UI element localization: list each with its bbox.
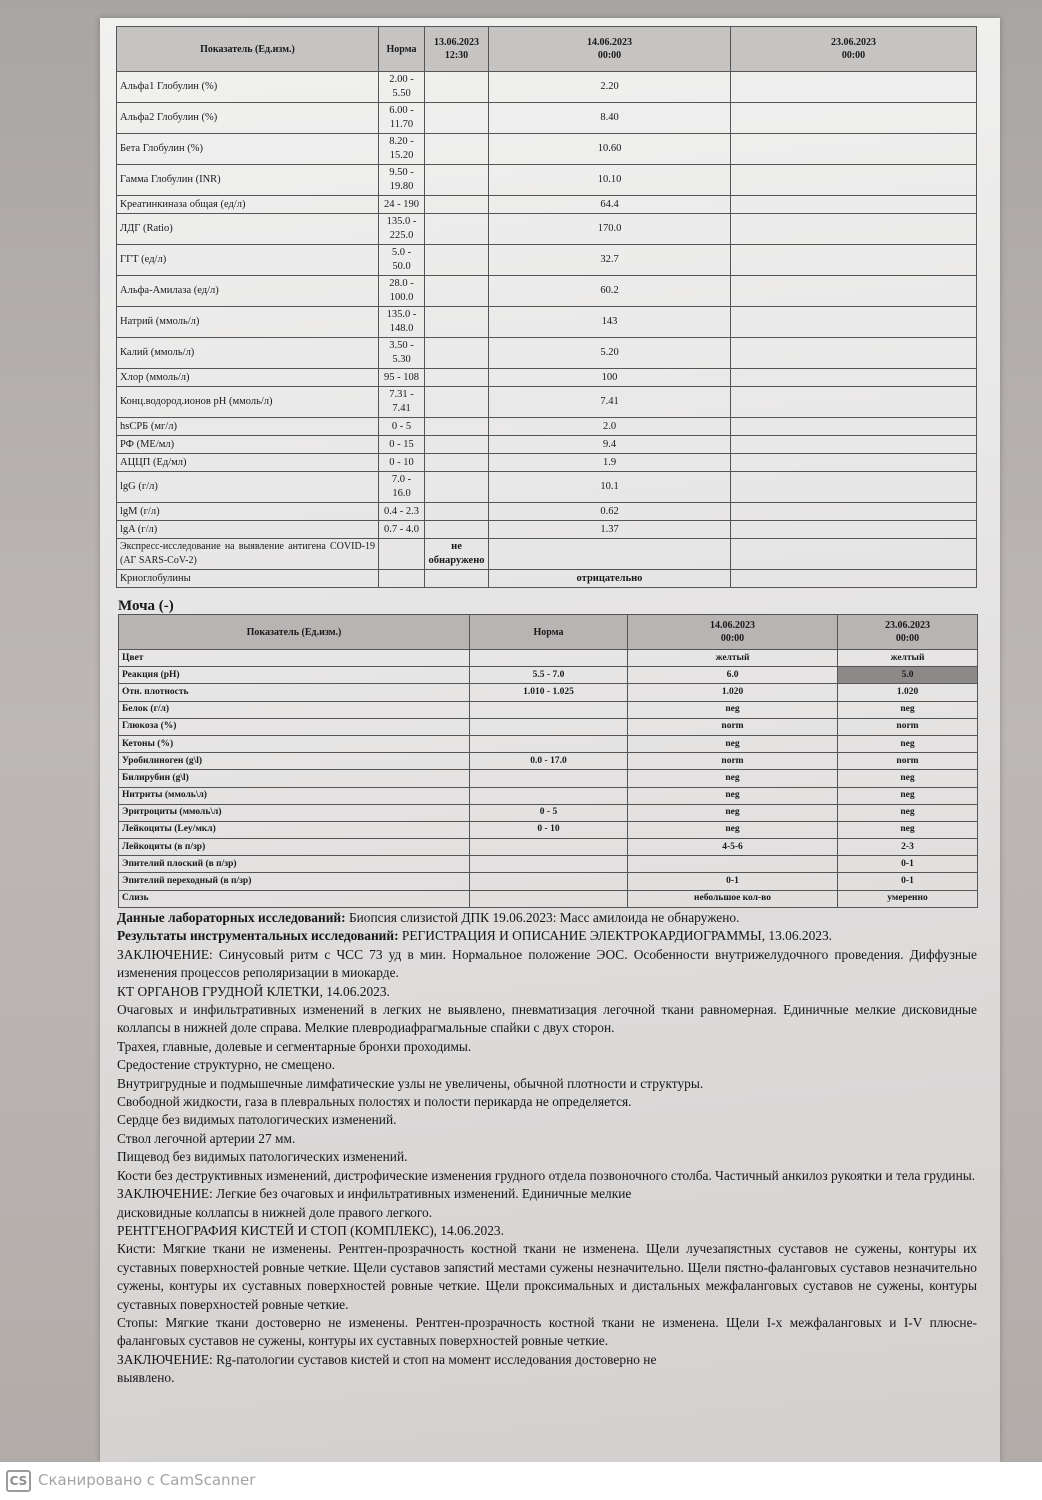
cell-param: lgG (г/л) — [117, 472, 379, 503]
scanner-watermark: CS Сканировано с CamScanner — [0, 1462, 1042, 1500]
cell-norm: 95 - 108 — [379, 369, 425, 387]
table-row: Отн. плотность1.010 - 1.0251.0201.020 — [119, 684, 978, 701]
cell-v2: 6.0 — [628, 667, 838, 684]
lab-findings-text: Биопсия слизистой ДПК 19.06.2023: Масс а… — [346, 910, 740, 925]
ct-finding-line: Сердце без видимых патологических измене… — [117, 1111, 977, 1129]
cell-v1 — [425, 196, 489, 214]
cell-v3: norm — [838, 718, 978, 735]
cell-param: Бета Глобулин (%) — [117, 134, 379, 165]
cell-param: Эритроциты (ммоль\л) — [119, 804, 470, 821]
cell-v2: norm — [628, 753, 838, 770]
table-row: Натрий (ммоль/л)135.0 - 148.0143 — [117, 307, 977, 338]
cell-norm — [470, 839, 628, 856]
ct-finding-line: Очаговых и инфильтративных изменений в л… — [117, 1001, 977, 1038]
table-row: Альфа2 Глобулин (%)6.00 - 11.708.40 — [117, 103, 977, 134]
ct-finding-line: Трахея, главные, долевые и сегментарные … — [117, 1038, 977, 1056]
cell-norm: 0.7 - 4.0 — [379, 521, 425, 539]
cell-v2: 0-1 — [628, 873, 838, 890]
ct-finding-line: Ствол легочной артерии 27 мм. — [117, 1130, 977, 1148]
table-row: Лейкоциты (Ley/мкл)0 - 10negneg — [119, 821, 978, 838]
cell-norm: 0 - 15 — [379, 436, 425, 454]
cell-v3: 5.0 — [838, 667, 978, 684]
cell-v2 — [489, 539, 731, 570]
cell-v3 — [731, 245, 977, 276]
cell-norm — [470, 770, 628, 787]
cell-param: РФ (МЕ/мл) — [117, 436, 379, 454]
instrumental-findings-text: РЕГИСТРАЦИЯ И ОПИСАНИЕ ЭЛЕКТРОКАРДИОГРАМ… — [399, 928, 832, 943]
table-row: Лейкоциты (в п/зр)4-5-62-3 — [119, 839, 978, 856]
cell-v3 — [731, 521, 977, 539]
table-row: Бета Глобулин (%)8.20 - 15.2010.60 — [117, 134, 977, 165]
cell-v1 — [425, 134, 489, 165]
date3-label: 23.06.2023 — [885, 620, 930, 631]
urine-results-table: Показатель (Ед.изм.) Норма 14.06.202300:… — [118, 614, 978, 908]
cell-v1 — [425, 369, 489, 387]
table-row: Глюкоза (%)normnorm — [119, 718, 978, 735]
cell-v3: умеренно — [838, 890, 978, 907]
cell-v3 — [731, 503, 977, 521]
cell-v2: 60.2 — [489, 276, 731, 307]
ct-findings: Очаговых и инфильтративных изменений в л… — [117, 1001, 977, 1185]
cell-param: lgA (г/л) — [117, 521, 379, 539]
table-row: Конц.водород.ионов pH (ммоль/л)7.31 - 7.… — [117, 387, 977, 418]
cell-param: Криоглобулины — [117, 570, 379, 588]
table-row: Эпителий плоский (в п/зр)0-1 — [119, 856, 978, 873]
cell-norm: 9.50 - 19.80 — [379, 165, 425, 196]
cell-v3: 0-1 — [838, 873, 978, 890]
column-header-norm: Норма — [379, 27, 425, 72]
table-row: Цветжелтыйжелтый — [119, 650, 978, 667]
cell-norm: 7.31 - 7.41 — [379, 387, 425, 418]
cell-v2: norm — [628, 718, 838, 735]
table-row: lgA (г/л)0.7 - 4.01.37 — [117, 521, 977, 539]
cell-v2: 2.20 — [489, 72, 731, 103]
table-row: АЦЦП (Ед/мл)0 - 101.9 — [117, 454, 977, 472]
cell-v1 — [425, 472, 489, 503]
cell-param: Белок (г/л) — [119, 701, 470, 718]
cell-param: Экспресс-исследование на выявление антиг… — [117, 539, 379, 570]
cell-v3: neg — [838, 735, 978, 752]
cell-param: Реакция (pH) — [119, 667, 470, 684]
xray-conclusion-line2: выявлено. — [117, 1369, 977, 1387]
column-header-param: Показатель (Ед.изм.) — [119, 615, 470, 650]
cell-param: АЦЦП (Ед/мл) — [117, 454, 379, 472]
cell-v3: neg — [838, 701, 978, 718]
cell-v2: 1.37 — [489, 521, 731, 539]
cell-v2: 0.62 — [489, 503, 731, 521]
cell-param: Хлор (ммоль/л) — [117, 369, 379, 387]
cell-param: Калий (ммоль/л) — [117, 338, 379, 369]
time1-label: 12:30 — [445, 50, 468, 61]
cell-v1 — [425, 214, 489, 245]
column-header-date1: 13.06.202312:30 — [425, 27, 489, 72]
cell-norm — [470, 735, 628, 752]
cell-v3 — [731, 338, 977, 369]
cell-param: Лейкоциты (в п/зр) — [119, 839, 470, 856]
date3-label: 23.06.2023 — [831, 37, 876, 48]
cell-param: Глюкоза (%) — [119, 718, 470, 735]
cell-param: Кетоны (%) — [119, 735, 470, 752]
cell-v3: neg — [838, 821, 978, 838]
cell-v1 — [425, 307, 489, 338]
cell-norm: 2.00 - 5.50 — [379, 72, 425, 103]
cell-v3 — [731, 103, 977, 134]
cell-v2: neg — [628, 701, 838, 718]
cell-param: ЛДГ (Ratio) — [117, 214, 379, 245]
table-row: Альфа-Амилаза (ед/л)28.0 - 100.060.2 — [117, 276, 977, 307]
cell-v3 — [731, 472, 977, 503]
cell-v1 — [425, 103, 489, 134]
cell-v2: neg — [628, 821, 838, 838]
cell-param: Лейкоциты (Ley/мкл) — [119, 821, 470, 838]
ct-finding-line: Кости без деструктивных изменений, дистр… — [117, 1167, 977, 1185]
cell-norm — [470, 873, 628, 890]
cell-v1: не обнаружено — [425, 539, 489, 570]
cell-v1 — [425, 338, 489, 369]
cell-v2: 7.41 — [489, 387, 731, 418]
instrumental-findings: Результаты инструментальных исследований… — [117, 927, 977, 945]
cell-v3 — [731, 369, 977, 387]
cell-v2: 1.020 — [628, 684, 838, 701]
cell-norm: 135.0 - 148.0 — [379, 307, 425, 338]
cell-v2: neg — [628, 804, 838, 821]
xray-hands: Кисти: Мягкие ткани не изменены. Рентген… — [117, 1240, 977, 1314]
cell-v1 — [425, 165, 489, 196]
urine-section-title: Моча (-) — [118, 598, 174, 615]
camscanner-logo-icon: CS — [6, 1470, 31, 1492]
cell-norm: 0 - 10 — [379, 454, 425, 472]
cell-norm: 0 - 10 — [470, 821, 628, 838]
instrumental-findings-label: Результаты инструментальных исследований… — [117, 928, 399, 943]
findings-text: Данные лабораторных исследований: Биопси… — [117, 909, 977, 1388]
cell-norm: 5.0 - 50.0 — [379, 245, 425, 276]
time2-label: 00:00 — [598, 50, 621, 61]
cell-norm — [379, 539, 425, 570]
cell-v3 — [731, 539, 977, 570]
cell-v2: neg — [628, 735, 838, 752]
cell-v3 — [731, 196, 977, 214]
cell-v3 — [731, 387, 977, 418]
ct-finding-line: Средостение структурно, не смещено. — [117, 1056, 977, 1074]
cell-v3 — [731, 418, 977, 436]
cell-param: Альфа2 Глобулин (%) — [117, 103, 379, 134]
table-row: Кетоны (%)negneg — [119, 735, 978, 752]
cell-norm — [470, 718, 628, 735]
cell-v3 — [731, 276, 977, 307]
cell-v3: желтый — [838, 650, 978, 667]
column-header-date2: 14.06.202300:00 — [489, 27, 731, 72]
table-header-row: Показатель (Ед.изм.) Норма 13.06.202312:… — [117, 27, 977, 72]
xray-title: РЕНТГЕНОГРАФИЯ КИСТЕЙ И СТОП (КОМПЛЕКС),… — [117, 1222, 977, 1240]
time2-label: 00:00 — [721, 633, 744, 644]
table-row: lgG (г/л)7.0 - 16.010.1 — [117, 472, 977, 503]
xray-feet: Стопы: Мягкие ткани достоверно не измене… — [117, 1314, 977, 1351]
cell-param: hsCРБ (мг/л) — [117, 418, 379, 436]
cell-v1 — [425, 436, 489, 454]
cell-v2: 10.10 — [489, 165, 731, 196]
column-header-param: Показатель (Ед.изм.) — [117, 27, 379, 72]
cell-v3: norm — [838, 753, 978, 770]
time3-label: 00:00 — [896, 633, 919, 644]
cell-param: Эпителий плоский (в п/зр) — [119, 856, 470, 873]
cell-v3: 1.020 — [838, 684, 978, 701]
cell-norm: 7.0 - 16.0 — [379, 472, 425, 503]
cell-norm — [470, 787, 628, 804]
ct-finding-line: Пищевод без видимых патологических измен… — [117, 1148, 977, 1166]
table-row: ЛДГ (Ratio)135.0 - 225.0170.0 — [117, 214, 977, 245]
cell-v1 — [425, 521, 489, 539]
column-header-norm: Норма — [470, 615, 628, 650]
cell-v1 — [425, 454, 489, 472]
cell-v3: 0-1 — [838, 856, 978, 873]
ecg-conclusion: ЗАКЛЮЧЕНИЕ: Синусовый ритм с ЧСС 73 уд в… — [117, 946, 977, 983]
cell-v1 — [425, 418, 489, 436]
cell-param: Альфа1 Глобулин (%) — [117, 72, 379, 103]
table-row: Альфа1 Глобулин (%)2.00 - 5.502.20 — [117, 72, 977, 103]
xray-conclusion-line1: ЗАКЛЮЧЕНИЕ: Rg-патологии суставов кистей… — [117, 1351, 977, 1369]
table-row: hsCРБ (мг/л)0 - 52.0 — [117, 418, 977, 436]
cell-norm: 6.00 - 11.70 — [379, 103, 425, 134]
table-row: Хлор (ммоль/л)95 - 108100 — [117, 369, 977, 387]
table-header-row: Показатель (Ед.изм.) Норма 14.06.202300:… — [119, 615, 978, 650]
cell-v3 — [731, 436, 977, 454]
table-row: РФ (МЕ/мл)0 - 159.4 — [117, 436, 977, 454]
cell-v1 — [425, 387, 489, 418]
table-row: Белок (г/л)negneg — [119, 701, 978, 718]
lab-findings: Данные лабораторных исследований: Биопси… — [117, 909, 977, 927]
cell-v1 — [425, 276, 489, 307]
table-row: Эритроциты (ммоль\л)0 - 5negneg — [119, 804, 978, 821]
cell-norm: 135.0 - 225.0 — [379, 214, 425, 245]
cell-v3 — [731, 454, 977, 472]
cell-v2: 143 — [489, 307, 731, 338]
cell-param: Слизь — [119, 890, 470, 907]
ct-conclusion-line1: ЗАКЛЮЧЕНИЕ: Легкие без очаговых и инфиль… — [117, 1185, 977, 1203]
cell-v2: 10.1 — [489, 472, 731, 503]
cell-v2: 32.7 — [489, 245, 731, 276]
cell-param: lgM (г/л) — [117, 503, 379, 521]
table-row: Гамма Глобулин (INR)9.50 - 19.8010.10 — [117, 165, 977, 196]
cell-v1 — [425, 72, 489, 103]
cell-param: Альфа-Амилаза (ед/л) — [117, 276, 379, 307]
watermark-text: Сканировано с CamScanner — [38, 1471, 255, 1489]
cell-norm — [470, 701, 628, 718]
cell-v2: 170.0 — [489, 214, 731, 245]
table-row: Креатинкиназа общая (ед/л)24 - 19064.4 — [117, 196, 977, 214]
cell-v1 — [425, 570, 489, 588]
cell-v3 — [731, 165, 977, 196]
table-row: Слизьнебольшое кол-воумеренно — [119, 890, 978, 907]
cell-norm: 0 - 5 — [379, 418, 425, 436]
cell-param: Натрий (ммоль/л) — [117, 307, 379, 338]
cell-norm: 0.4 - 2.3 — [379, 503, 425, 521]
table-row: Билирубин (g\l)negneg — [119, 770, 978, 787]
cell-norm: 0.0 - 17.0 — [470, 753, 628, 770]
cell-v2: neg — [628, 770, 838, 787]
lab-findings-label: Данные лабораторных исследований: — [117, 910, 346, 925]
column-header-date3: 23.06.202300:00 — [731, 27, 977, 72]
table-row: Уробилиноген (g\l)0.0 - 17.0normnorm — [119, 753, 978, 770]
cell-norm — [379, 570, 425, 588]
table-row: Реакция (pH)5.5 - 7.06.05.0 — [119, 667, 978, 684]
cell-param: Билирубин (g\l) — [119, 770, 470, 787]
date2-label: 14.06.2023 — [587, 37, 632, 48]
cell-v2: 10.60 — [489, 134, 731, 165]
cell-v2 — [628, 856, 838, 873]
cell-norm: 1.010 - 1.025 — [470, 684, 628, 701]
cell-norm — [470, 650, 628, 667]
cell-v2: 64.4 — [489, 196, 731, 214]
cell-v2: 5.20 — [489, 338, 731, 369]
date2-label: 14.06.2023 — [710, 620, 755, 631]
table-row: lgM (г/л)0.4 - 2.30.62 — [117, 503, 977, 521]
column-header-date3: 23.06.202300:00 — [838, 615, 978, 650]
cell-norm: 8.20 - 15.20 — [379, 134, 425, 165]
cell-param: ГГТ (ед/л) — [117, 245, 379, 276]
cell-param: Креатинкиназа общая (ед/л) — [117, 196, 379, 214]
cell-v3 — [731, 134, 977, 165]
ct-title: КТ ОРГАНОВ ГРУДНОЙ КЛЕТКИ, 14.06.2023. — [117, 983, 977, 1001]
cell-v3: neg — [838, 787, 978, 804]
table-row: ГГТ (ед/л)5.0 - 50.032.7 — [117, 245, 977, 276]
table-row: Нитриты (ммоль\л)negneg — [119, 787, 978, 804]
cell-v2: 1.9 — [489, 454, 731, 472]
table-row: Экспресс-исследование на выявление антиг… — [117, 539, 977, 570]
cell-norm — [470, 890, 628, 907]
cell-norm: 0 - 5 — [470, 804, 628, 821]
cell-v2: 8.40 — [489, 103, 731, 134]
cell-param: Гамма Глобулин (INR) — [117, 165, 379, 196]
cell-v3 — [731, 72, 977, 103]
table-row: Эпителий переходный (в п/зр)0-10-1 — [119, 873, 978, 890]
cell-param: Эпителий переходный (в п/зр) — [119, 873, 470, 890]
cell-v3: 2-3 — [838, 839, 978, 856]
cell-v3 — [731, 214, 977, 245]
table-row: Калий (ммоль/л)3.50 - 5.305.20 — [117, 338, 977, 369]
cell-v3: neg — [838, 770, 978, 787]
time3-label: 00:00 — [842, 50, 865, 61]
cell-v2: 9.4 — [489, 436, 731, 454]
cell-v2: отрицательно — [489, 570, 731, 588]
cell-v2: 100 — [489, 369, 731, 387]
cell-v2: небольшое кол-во — [628, 890, 838, 907]
cell-v3 — [731, 307, 977, 338]
cell-v2: neg — [628, 787, 838, 804]
cell-v1 — [425, 503, 489, 521]
cell-v2: желтый — [628, 650, 838, 667]
cell-norm: 24 - 190 — [379, 196, 425, 214]
cell-param: Цвет — [119, 650, 470, 667]
table-row: Криоглобулиныотрицательно — [117, 570, 977, 588]
cell-param: Конц.водород.ионов pH (ммоль/л) — [117, 387, 379, 418]
date1-label: 13.06.2023 — [434, 37, 479, 48]
cell-norm — [470, 856, 628, 873]
ct-conclusion-line2: дисковидные коллапсы в нижней доле право… — [117, 1204, 977, 1222]
cell-param: Уробилиноген (g\l) — [119, 753, 470, 770]
cell-param: Нитриты (ммоль\л) — [119, 787, 470, 804]
cell-v3: neg — [838, 804, 978, 821]
cell-v1 — [425, 245, 489, 276]
cell-v2: 2.0 — [489, 418, 731, 436]
cell-v3 — [731, 570, 977, 588]
cell-norm: 5.5 - 7.0 — [470, 667, 628, 684]
cell-norm: 28.0 - 100.0 — [379, 276, 425, 307]
ct-finding-line: Свободной жидкости, газа в плевральных п… — [117, 1093, 977, 1111]
column-header-date2: 14.06.202300:00 — [628, 615, 838, 650]
cell-norm: 3.50 - 5.30 — [379, 338, 425, 369]
cell-param: Отн. плотность — [119, 684, 470, 701]
cell-v2: 4-5-6 — [628, 839, 838, 856]
blood-results-table: Показатель (Ед.изм.) Норма 13.06.202312:… — [116, 26, 977, 588]
ct-finding-line: Внутригрудные и подмышечные лимфатически… — [117, 1075, 977, 1093]
